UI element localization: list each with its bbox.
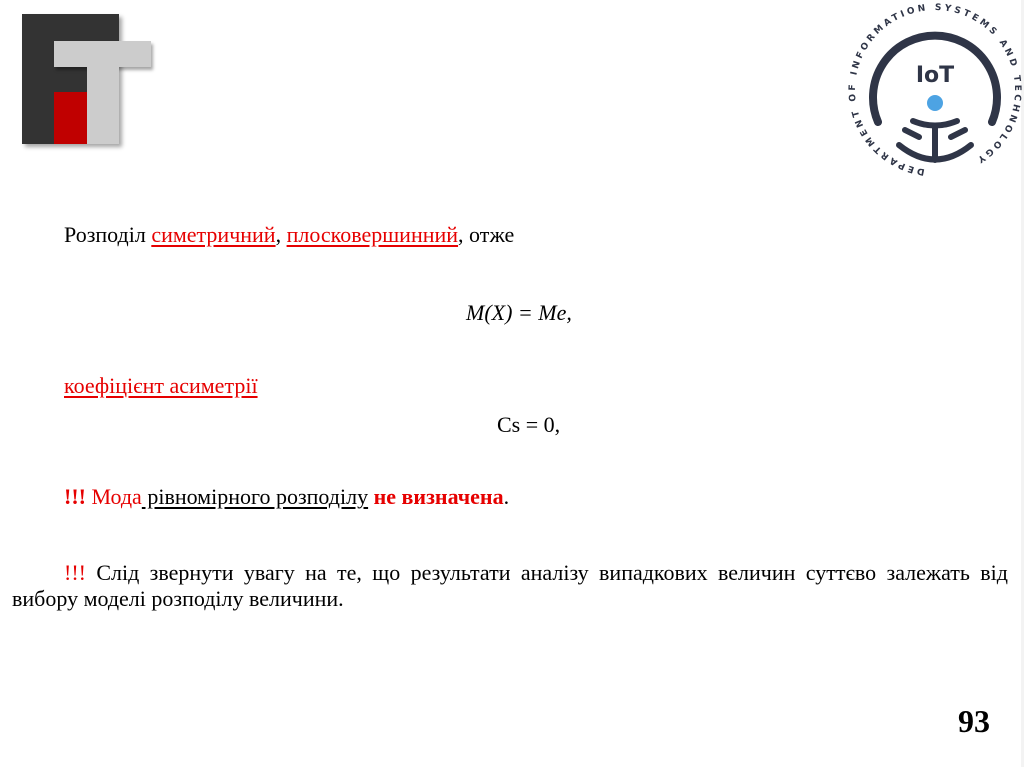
note-warning-marks: !!! <box>64 560 86 585</box>
ft-logo-t-bar <box>54 41 151 67</box>
term-symmetric-link[interactable]: симетричний <box>151 222 275 247</box>
iot-label: IoT <box>916 63 954 88</box>
ft-logo-t-stem <box>87 67 119 144</box>
warning-marks: !!! <box>64 484 86 509</box>
undefined-emphasis: не визначена <box>374 484 504 509</box>
formula-skewness: Cs = 0, <box>497 412 560 438</box>
mode-word: Мода <box>86 484 142 509</box>
formula-mean-median: M(X) = Me, <box>466 300 572 326</box>
term-flat-topped-link[interactable]: плосковершинний <box>287 222 458 247</box>
line1-separator: , <box>276 222 287 247</box>
page-number: 93 <box>958 703 990 740</box>
mode-line: !!! Мода рівномірного розподілу не визна… <box>64 484 509 510</box>
line1-suffix: , отже <box>458 222 514 247</box>
uniform-distribution-link[interactable]: рівномірного розподілу <box>142 484 368 509</box>
iot-department-logo: IoT DEPARTMENT OF INFORMATION SYSTEMS AN… <box>845 2 1024 187</box>
distribution-line: Розподіл симетричний, плосковершинний, о… <box>64 222 514 248</box>
line1-prefix: Розподіл <box>64 222 151 247</box>
ft-logo-red-block <box>54 92 87 144</box>
note-paragraph: !!! Слід звернути увагу на те, що резуль… <box>12 560 1008 612</box>
line3-end: . <box>504 484 510 509</box>
asymmetry-coefficient-link[interactable]: коефіцієнт асиметрії <box>64 373 258 399</box>
iot-emblem-icon: IoT DEPARTMENT OF INFORMATION SYSTEMS AN… <box>845 2 1024 187</box>
ft-logo <box>0 0 170 160</box>
note-text: Слід звернути увагу на те, що результати… <box>12 560 1008 611</box>
